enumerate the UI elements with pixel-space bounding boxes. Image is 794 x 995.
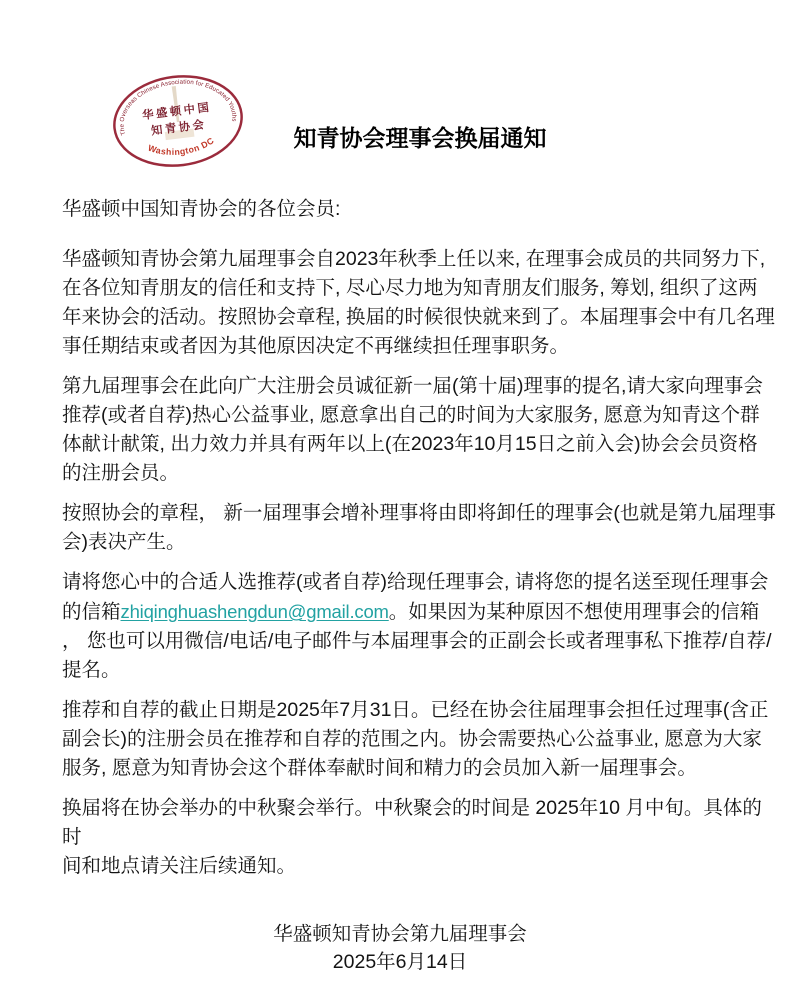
paragraph-6: 换届将在协会举办的中秋聚会举行。中秋聚会的时间是 2025年10 月中旬。具体的… <box>62 794 778 881</box>
paragraph-3: 按照协会的章程， 新一届理事会增补理事将由即将卸任的理事会(也就是第九届理事 会… <box>62 499 778 557</box>
paragraph-2: 第九届理事会在此向广大注册会员诚征新一届(第十届)理事的提名,请大家向理事会 推… <box>62 372 778 488</box>
notice-document-page: The Overseas Chinese Association for Edu… <box>0 0 794 995</box>
greeting: 华盛顿中国知青协会的各位会员: <box>62 195 778 224</box>
paragraph-1: 华盛顿知青协会第九届理事会自2023年秋季上任以来, 在理事会成员的共同努力下,… <box>62 245 778 361</box>
page-title: 知青协会理事会换届通知 <box>0 120 794 153</box>
signature-block: 华盛顿知青协会第九届理事会 2025年6月14日 <box>62 920 778 976</box>
email-link[interactable]: zhiqinghuashengdun@gmail.com <box>121 601 389 622</box>
signature-line: 华盛顿知青协会第九届理事会 <box>62 920 738 948</box>
letter-body: 华盛顿中国知青协会的各位会员: 华盛顿知青协会第九届理事会自2023年秋季上任以… <box>62 195 778 976</box>
paragraph-4: 请将您心中的合适人选推荐(或者自荐)给现任理事会, 请将您的提名送至现任理事会 … <box>62 568 778 685</box>
paragraph-5: 推荐和自荐的截止日期是2025年7月31日。已经在协会往届理事会担任过理事(含正… <box>62 696 778 783</box>
signature-date: 2025年6月14日 <box>62 948 738 976</box>
